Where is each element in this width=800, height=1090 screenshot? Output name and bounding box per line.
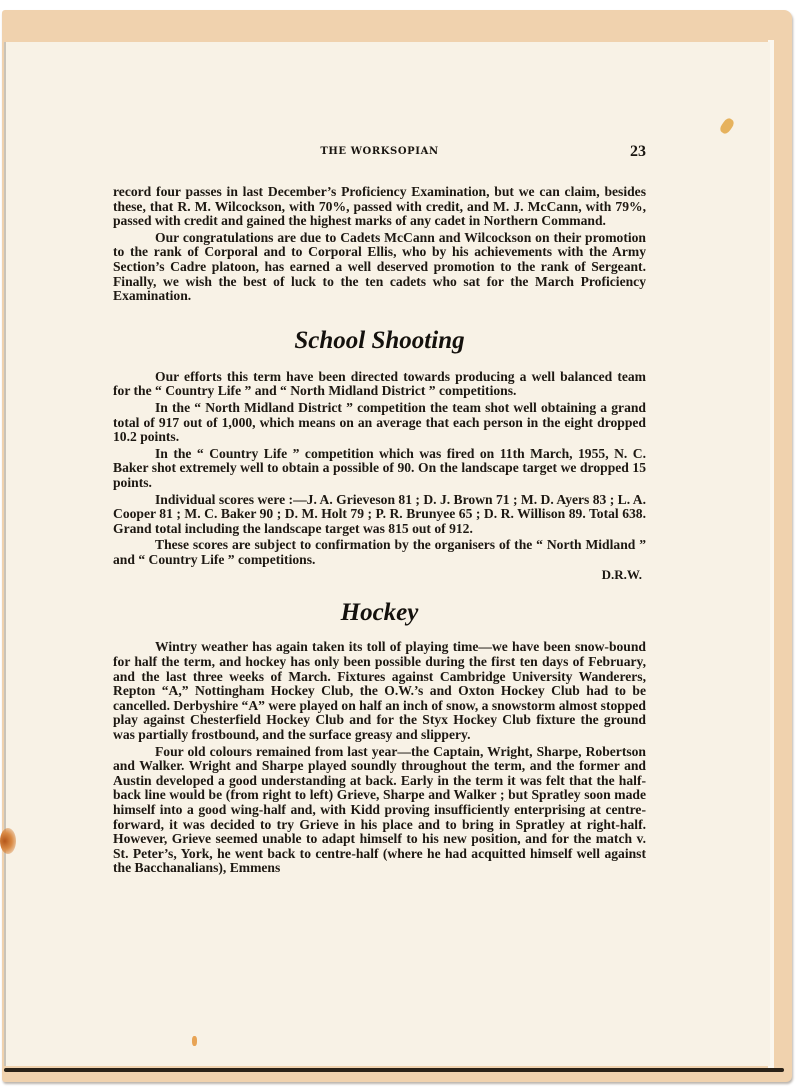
paragraph: In the “ Country Life ” competition whic… [113, 447, 646, 491]
paragraph: These scores are subject to confirmation… [113, 538, 646, 567]
paragraph: Four old colours remained from last year… [113, 745, 646, 876]
section-title: Hockey [113, 598, 646, 628]
page-number: 23 [630, 143, 646, 161]
cadet-force-continuation: record four passes in last December’s Pr… [113, 185, 646, 304]
running-title: THE WORKSOPIAN [113, 146, 646, 157]
running-head: THE WORKSOPIAN 23 [113, 143, 646, 163]
section-title: School Shooting [113, 326, 646, 356]
paragraph: Our efforts this term have been directed… [113, 370, 646, 399]
paragraph: In the “ North Midland District ” compet… [113, 401, 646, 445]
paragraph: Wintry weather has again taken its toll … [113, 640, 646, 742]
paragraph: Our congratulations are due to Cadets Mc… [113, 231, 646, 304]
page-content: THE WORKSOPIAN 23 record four passes in … [113, 143, 646, 876]
hockey-section: Hockey Wintry weather has again taken it… [113, 598, 646, 876]
school-shooting-section: School Shooting Our efforts this term ha… [113, 326, 646, 583]
paragraph: record four passes in last December’s Pr… [113, 185, 646, 229]
author-initials: D.R.W. [113, 567, 646, 582]
cover-shadow [4, 1068, 784, 1072]
paragraph: Individual scores were :—J. A. Grieveson… [113, 493, 646, 537]
scanned-page: THE WORKSOPIAN 23 record four passes in … [0, 0, 800, 1090]
